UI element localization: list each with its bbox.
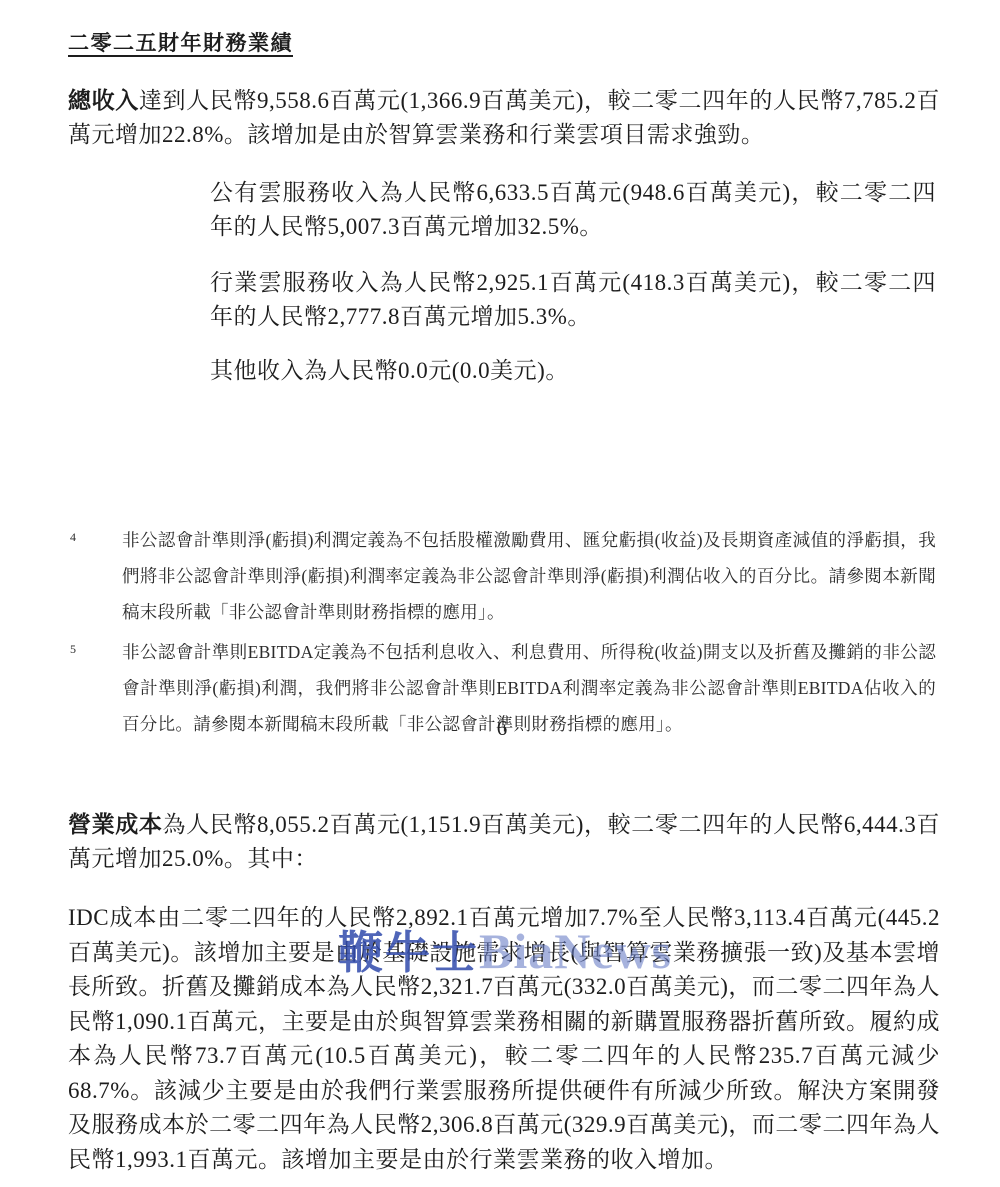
cost-of-revenue-lead: 營業成本 [68, 812, 163, 837]
paragraph-cost-of-revenue: 營業成本為人民幣8,055.2百萬元(1,151.9百萬美元)，較二零二四年的人… [68, 808, 940, 876]
paragraph-enterprise-cloud-revenue: 行業雲服務收入為人民幣2,925.1百萬元(418.3百萬美元)，較二零二四年的… [210, 266, 936, 334]
total-revenue-lead: 總收入 [68, 88, 139, 113]
paragraph-other-revenue: 其他收入為人民幣0.0元(0.0美元)。 [210, 354, 936, 388]
page-number: 6 [68, 716, 936, 741]
cost-of-revenue-body: 為人民幣8,055.2百萬元(1,151.9百萬美元)，較二零二四年的人民幣6,… [68, 812, 940, 871]
paragraph-total-revenue: 總收入達到人民幣9,558.6百萬元(1,366.9百萬美元)，較二零二四年的人… [68, 84, 940, 152]
footnote-4-marker: 4 [70, 519, 76, 555]
paragraph-idc-cost: IDC成本由二零二四年的人民幣2,892.1百萬元增加7.7%至人民幣3,113… [68, 901, 940, 1177]
footnote-4: 4 非公認會計準則淨(虧損)利潤定義為不包括股權激勵費用、匯兌虧損(收益)及長期… [68, 522, 936, 630]
footnote-4-text: 非公認會計準則淨(虧損)利潤定義為不包括股權激勵費用、匯兌虧損(收益)及長期資產… [122, 522, 936, 630]
document-page: 二零二五財年財務業績 總收入達到人民幣9,558.6百萬元(1,366.9百萬美… [0, 0, 1000, 1187]
section-title: 二零二五財年財務業績 [68, 27, 293, 57]
total-revenue-body: 達到人民幣9,558.6百萬元(1,366.9百萬美元)，較二零二四年的人民幣7… [68, 88, 940, 147]
paragraph-public-cloud-revenue: 公有雲服務收入為人民幣6,633.5百萬元(948.6百萬美元)，較二零二四年的… [210, 176, 936, 244]
footnote-5-marker: 5 [70, 631, 76, 667]
